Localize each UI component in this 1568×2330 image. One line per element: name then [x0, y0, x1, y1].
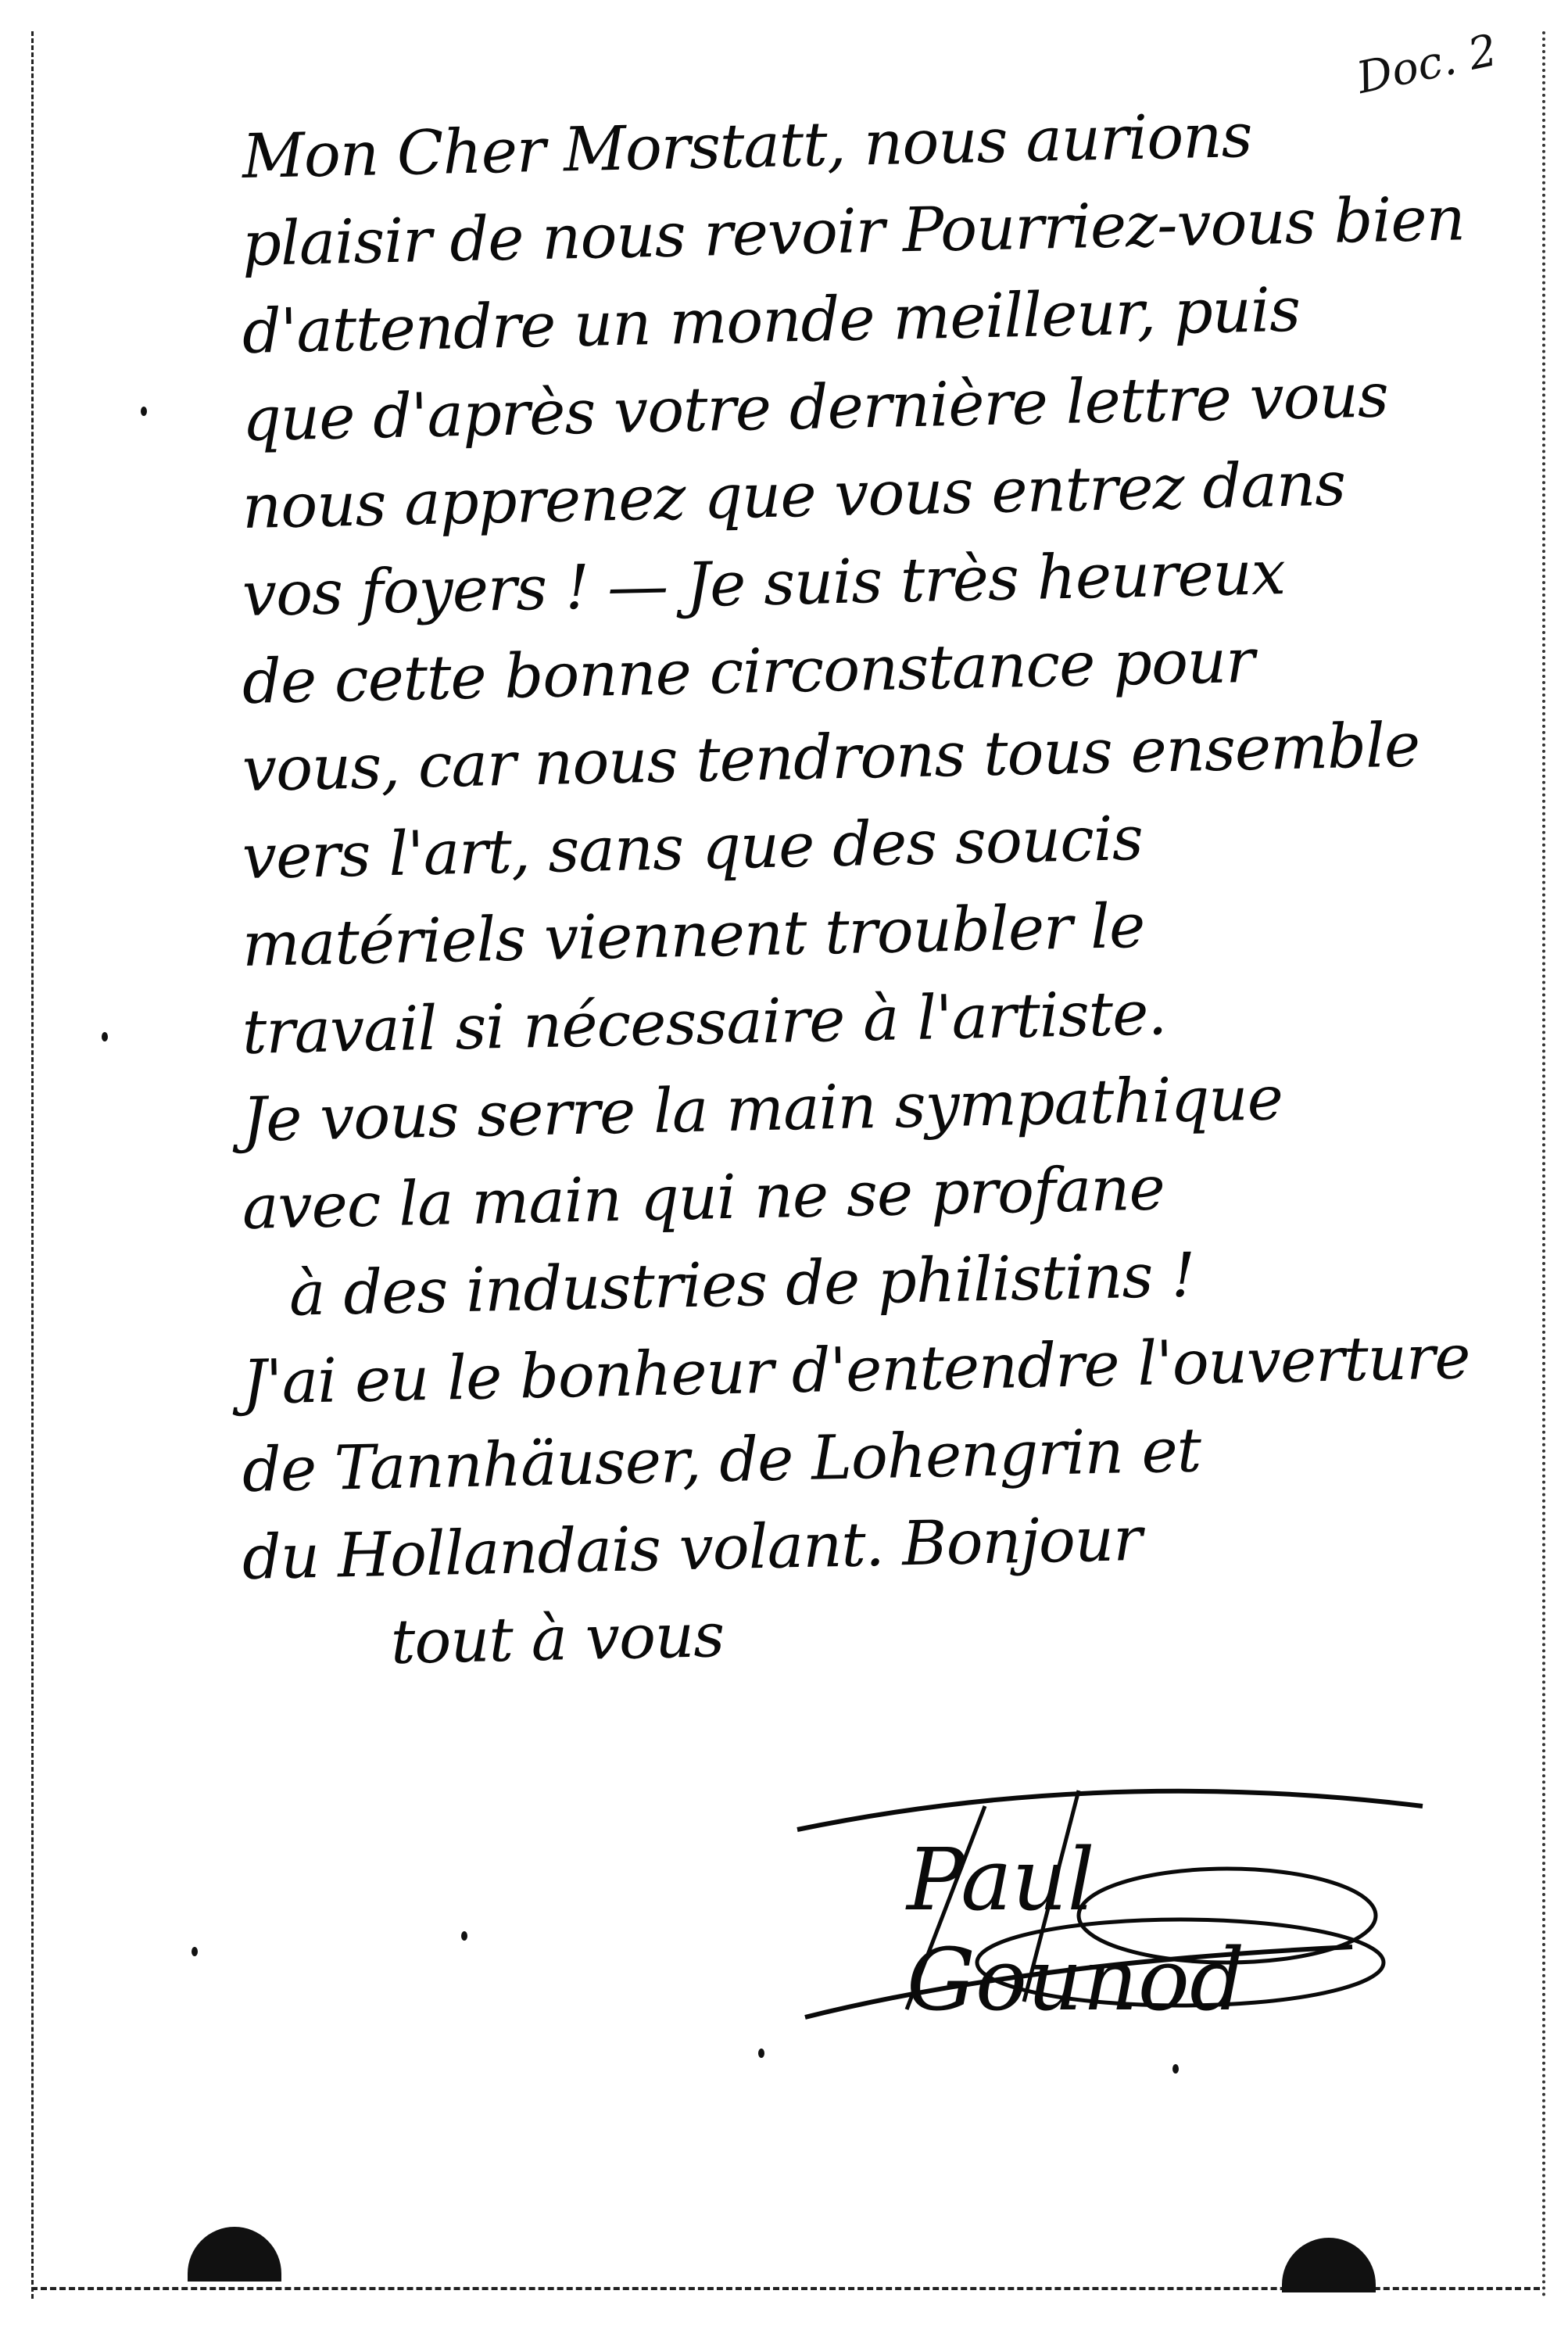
- letter-body: Mon Cher Morstatt, nous aurions plaisir …: [242, 113, 1524, 1690]
- ink-speck: [1172, 2064, 1179, 2074]
- signature: Paul Gounod: [789, 1775, 1430, 2033]
- ink-speck: [192, 1947, 198, 1956]
- ink-speck: [758, 2049, 764, 2058]
- signature-name: Paul Gounod: [907, 1830, 1430, 2030]
- ink-speck: [141, 407, 147, 416]
- ink-speck: [461, 1931, 467, 1941]
- ink-speck: [102, 1032, 108, 1041]
